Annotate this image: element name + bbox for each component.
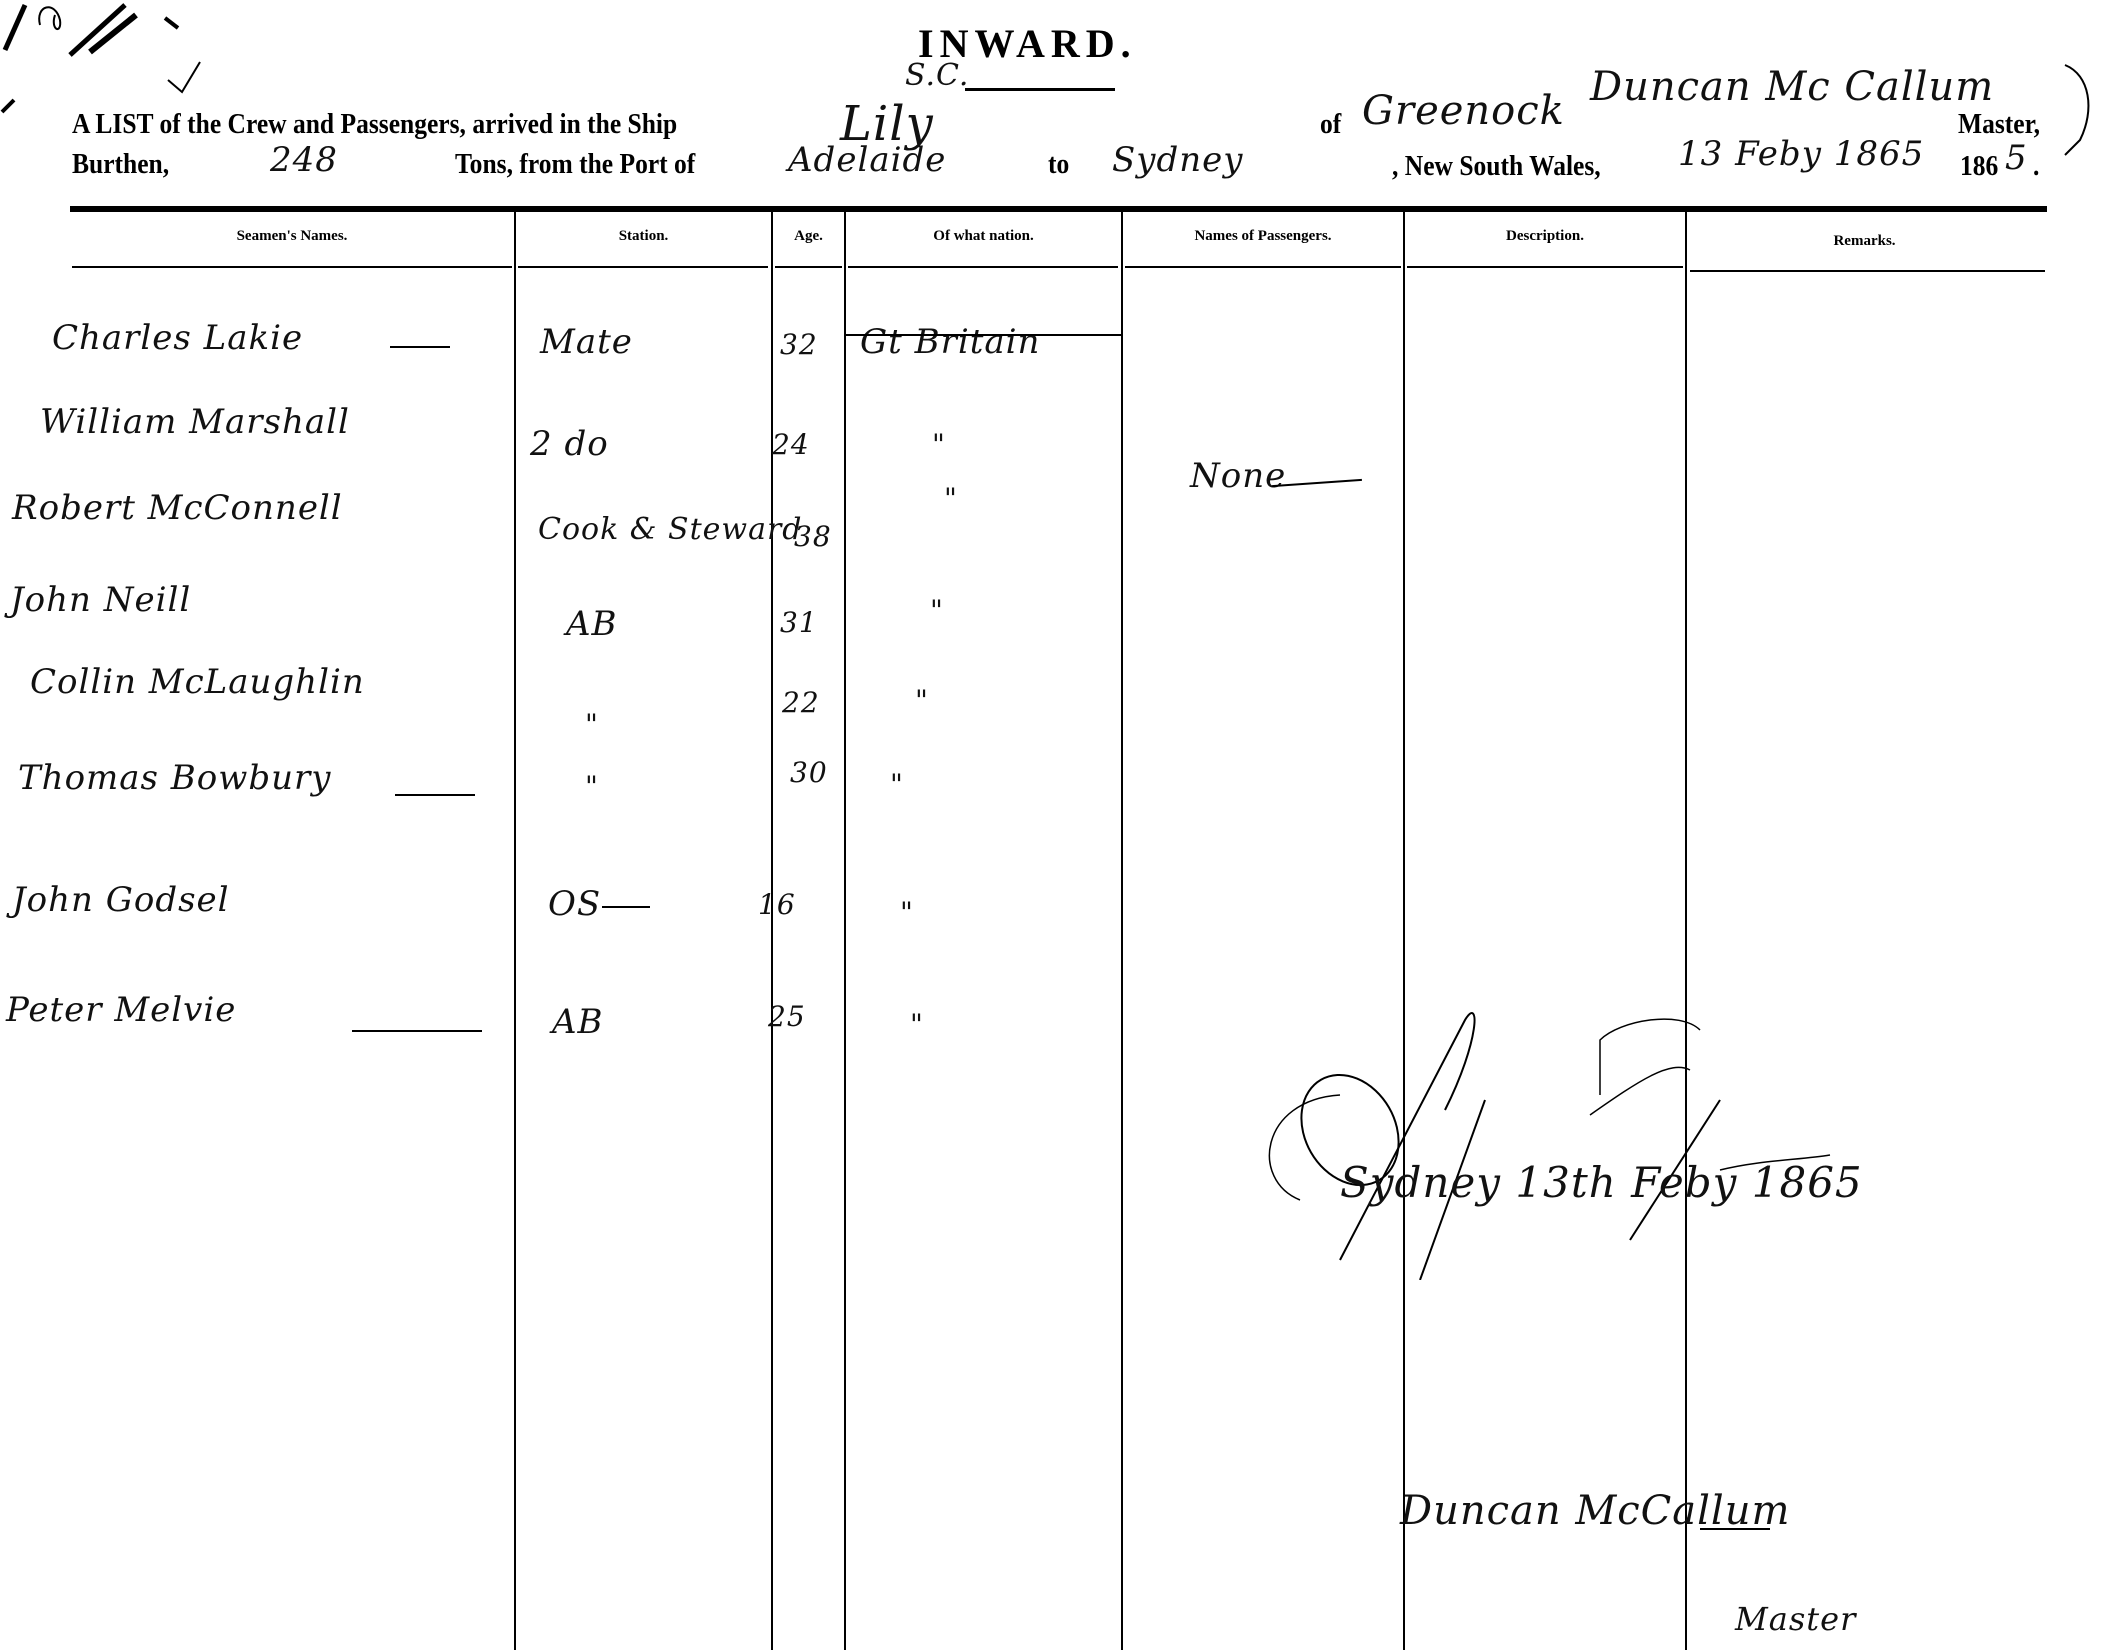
to-port: Sydney: [1112, 140, 1244, 180]
master-label: Master,: [1958, 108, 2040, 141]
header-rule-station: [518, 266, 768, 268]
column-divider-passengers: [1121, 212, 1123, 1650]
crew-station: Mate: [540, 322, 633, 362]
crew-nation: ": [890, 768, 904, 801]
crew-station: AB: [566, 604, 618, 644]
colony-label: , New South Wales,: [1392, 150, 1601, 183]
column-header-description: Description.: [1405, 228, 1685, 245]
crew-name: Charles Lakie: [52, 318, 303, 358]
crew-name: Robert McConnell: [12, 488, 343, 528]
header-rule-remarks: [1690, 270, 2045, 272]
signature-underline: [1700, 1528, 1770, 1530]
nation-strike: [846, 334, 1121, 336]
to-label: to: [1048, 148, 1069, 181]
column-header-station: Station.: [516, 228, 771, 245]
burthen-value: 248: [270, 140, 338, 180]
crew-nation: ": [944, 482, 958, 515]
crew-station: Cook & Steward: [538, 512, 803, 547]
date-flourish-icon: [1240, 980, 2000, 1280]
station-dash: [602, 906, 650, 908]
of-label: of: [1320, 108, 1341, 141]
crew-age: 32: [780, 328, 818, 361]
column-header-passengers: Names of Passengers.: [1123, 228, 1403, 245]
crew-nation: ": [930, 594, 944, 627]
crew-name: John Neill: [10, 580, 191, 620]
crew-station: ": [585, 708, 599, 741]
header-rule-passengers: [1125, 266, 1401, 268]
signature-title: Master: [1735, 1600, 1856, 1638]
column-divider-nation: [844, 212, 846, 1650]
crew-nation: ": [915, 684, 929, 717]
annotation-underline: [965, 88, 1115, 91]
crew-name: Collin McLaughlin: [30, 662, 365, 702]
place-date: Sydney 13th Feby 1865: [1340, 1158, 1863, 1207]
header-rule-description: [1407, 266, 1683, 268]
crew-age: 38: [794, 520, 832, 553]
tons-label: Tons, from the Port of: [455, 148, 695, 181]
crew-station: 2 do: [530, 424, 609, 464]
column-divider-remarks: [1685, 212, 1687, 1650]
crew-name: William Marshall: [40, 402, 350, 442]
crew-station: OS: [548, 884, 601, 924]
crew-nation: ": [910, 1008, 924, 1041]
crew-age: 31: [780, 606, 818, 639]
crew-name: Peter Melvie: [6, 990, 236, 1030]
crew-age: 16: [758, 888, 796, 921]
column-header-remarks: Remarks.: [1687, 233, 2042, 250]
crew-station: AB: [552, 1002, 604, 1042]
column-divider-description: [1403, 212, 1405, 1650]
name-dash: [395, 794, 475, 796]
master-name: Duncan Mc Callum: [1590, 64, 1994, 110]
header-rule-names: [72, 266, 512, 268]
ship-annotation: S.C.: [905, 58, 969, 93]
year-suffix: 5: [2005, 138, 2028, 178]
crew-nation: Gt Britain: [860, 322, 1040, 362]
crew-name: Thomas Bowbury: [18, 758, 332, 798]
column-header-name: Seamen's Names.: [72, 228, 512, 245]
crew-age: 25: [768, 1000, 806, 1033]
burthen-label: Burthen,: [72, 148, 169, 181]
from-port: Adelaide: [788, 140, 946, 180]
end-punct: .: [2033, 150, 2039, 183]
bracket-flourish-icon: [2060, 60, 2100, 160]
crew-name: John Godsel: [12, 880, 230, 920]
header-rule-age: [775, 266, 842, 268]
column-divider-station: [514, 212, 516, 1650]
name-dash: [390, 346, 450, 348]
header-list-prefix: A LIST of the Crew and Passengers, arriv…: [72, 108, 677, 141]
table-top-rule: [70, 206, 2047, 212]
passengers-none: None: [1190, 456, 1286, 496]
header-rule-nation: [848, 266, 1118, 268]
crew-station: ": [585, 770, 599, 803]
crew-nation: ": [900, 896, 914, 929]
crew-age: 24: [772, 428, 810, 461]
crew-nation: ": [932, 428, 946, 461]
home-port: Greenock: [1362, 88, 1565, 134]
crew-age: 22: [782, 686, 820, 719]
arrival-date: 13 Feby 1865: [1678, 134, 1924, 174]
year-printed: 186: [1960, 150, 1998, 183]
column-header-nation: Of what nation.: [846, 228, 1121, 245]
name-dash: [352, 1030, 482, 1032]
column-header-age: Age.: [773, 228, 844, 245]
crew-age: 30: [790, 756, 828, 789]
